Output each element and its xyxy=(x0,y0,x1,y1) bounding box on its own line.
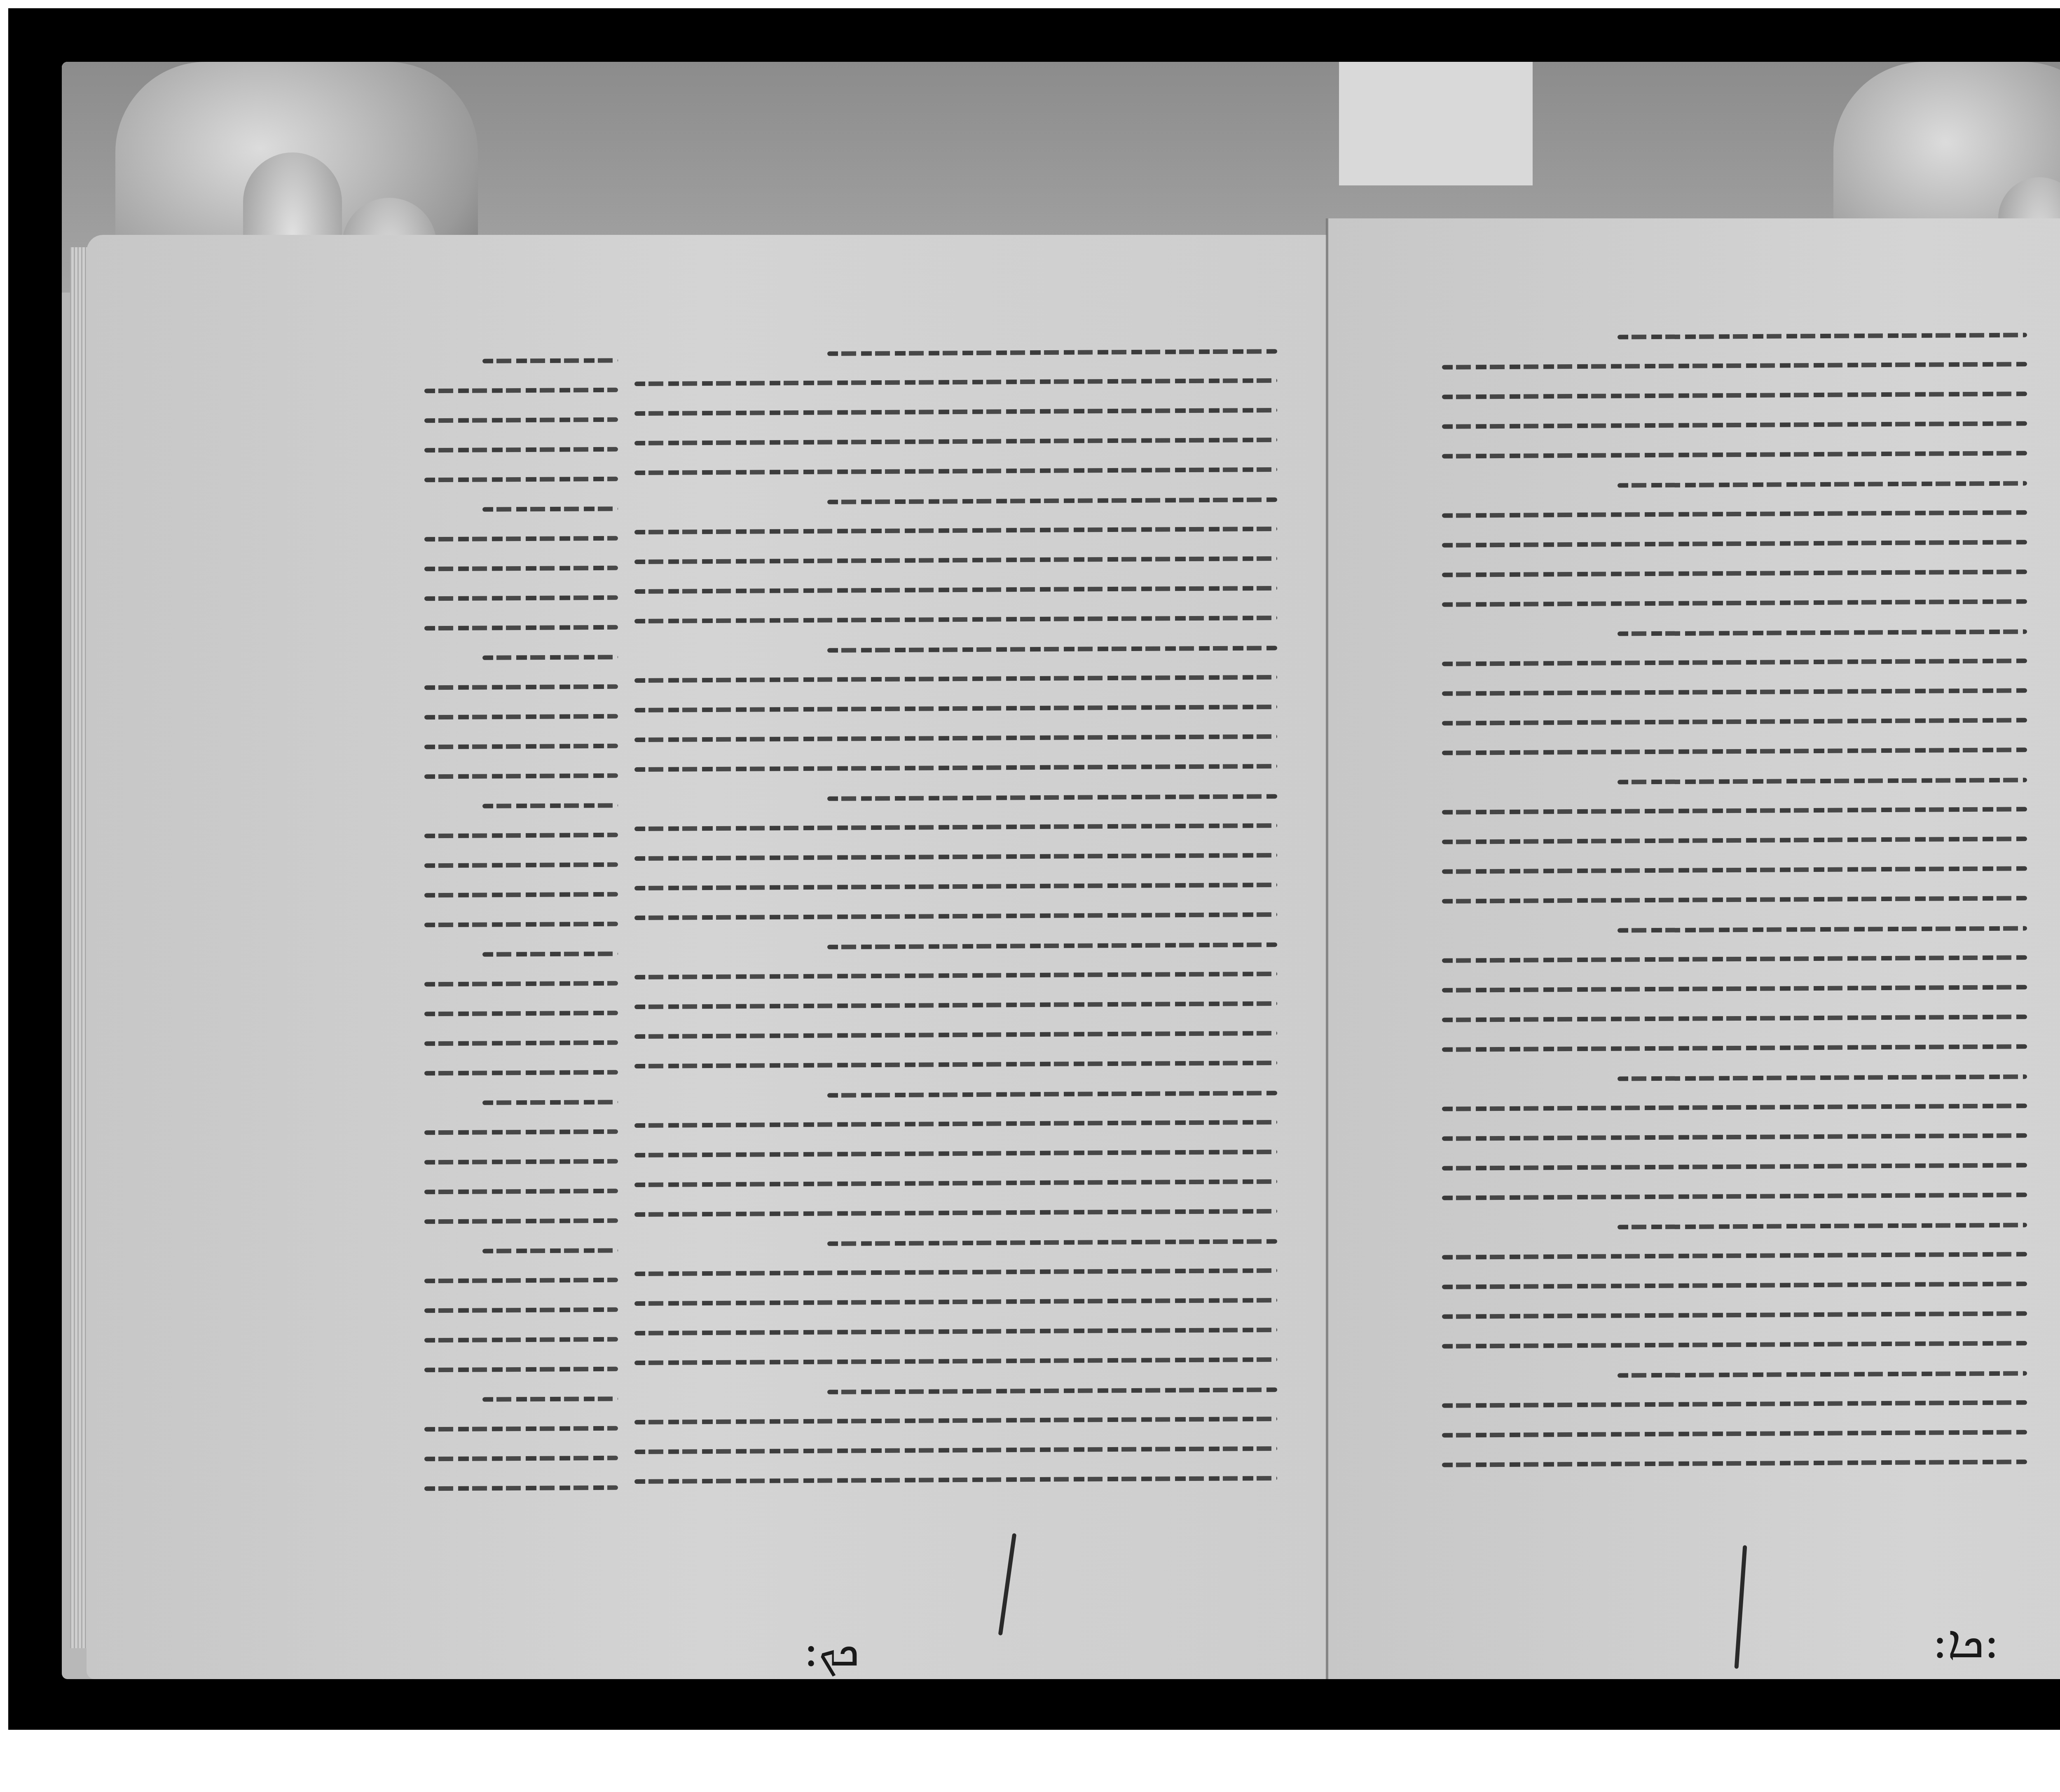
manuscript-text-line xyxy=(1442,688,2027,696)
manuscript-text-line xyxy=(1442,599,2027,607)
manuscript-text-line xyxy=(424,566,618,571)
manuscript-text-line xyxy=(1442,1430,2027,1437)
manuscript-text-line xyxy=(1618,778,2027,784)
manuscript-text-line xyxy=(1618,926,2027,932)
manuscript-text-line xyxy=(424,477,618,482)
manuscript-text-line xyxy=(424,1070,618,1075)
manuscript-text-line xyxy=(1442,985,2027,992)
right-page-wide-column xyxy=(1442,334,2027,1491)
manuscript-text-line xyxy=(634,1446,1277,1454)
manuscript-text-line xyxy=(424,388,618,393)
manuscript-text-line xyxy=(482,1100,618,1105)
manuscript-text-line xyxy=(424,1426,618,1431)
manuscript-text-line xyxy=(424,714,618,719)
manuscript-text-line xyxy=(1442,1044,2027,1052)
manuscript-text-line xyxy=(424,773,618,779)
manuscript-text-line xyxy=(1442,807,2027,814)
manuscript-text-line xyxy=(424,595,618,601)
manuscript-text-line xyxy=(1442,1281,2027,1289)
manuscript-text-line xyxy=(424,892,618,897)
manuscript-text-line xyxy=(634,972,1277,979)
manuscript-text-line xyxy=(482,358,618,363)
manuscript-text-line xyxy=(1618,481,2027,487)
manuscript-text-line xyxy=(634,734,1277,742)
manuscript-text-line xyxy=(424,1189,618,1194)
manuscript-text-line xyxy=(1442,1400,2027,1408)
manuscript-text-line xyxy=(424,1337,618,1342)
manuscript-text-line xyxy=(1442,955,2027,963)
manuscript-text-line xyxy=(634,1298,1277,1306)
manuscript-text-line xyxy=(1442,1252,2027,1259)
manuscript-text-line xyxy=(827,1091,1277,1098)
manuscript-text-line xyxy=(1442,1459,2027,1467)
manuscript-text-line xyxy=(1442,1133,2027,1141)
manuscript-text-line xyxy=(634,1209,1277,1217)
manuscript-text-line xyxy=(634,1179,1277,1187)
manuscript-text-line xyxy=(424,417,618,423)
manuscript-text-line xyxy=(634,1476,1277,1484)
manuscript-text-line xyxy=(1442,1163,2027,1170)
manuscript-text-line xyxy=(424,833,618,838)
manuscript-text-line xyxy=(1442,896,2027,903)
left-page-wide-column xyxy=(634,350,1277,1507)
manuscript-text-line xyxy=(827,1387,1277,1394)
manuscript-text-line xyxy=(634,1328,1277,1335)
manuscript-text-line xyxy=(634,1120,1277,1128)
manuscript-text-line xyxy=(424,1011,618,1016)
right-page-quire-mark: :ܟܐ: xyxy=(1932,1615,1999,1669)
manuscript-text-line xyxy=(1442,1014,2027,1022)
manuscript-text-line xyxy=(424,536,618,541)
manuscript-text-line xyxy=(424,922,618,927)
manuscript-text-line xyxy=(634,586,1277,594)
manuscript-text-line xyxy=(1442,362,2027,369)
manuscript-text-line xyxy=(424,744,618,749)
manuscript-text-line xyxy=(1442,569,2027,577)
manuscript-text-line xyxy=(634,912,1277,920)
manuscript-text-line xyxy=(482,951,618,957)
manuscript-text-line xyxy=(482,655,618,660)
manuscript-text-line xyxy=(634,764,1277,772)
manuscript-text-line xyxy=(424,447,618,452)
manuscript-text-line xyxy=(634,853,1277,861)
manuscript-text-line xyxy=(634,1150,1277,1157)
manuscript-text-line xyxy=(1618,1371,2027,1377)
left-page-quire-mark: ܟܟ: xyxy=(803,1623,859,1677)
manuscript-text-line xyxy=(634,705,1277,712)
left-page-narrow-column xyxy=(424,358,618,1516)
manuscript-text-line xyxy=(827,349,1277,356)
manuscript-text-line xyxy=(1442,1192,2027,1200)
manuscript-text-line xyxy=(1618,1223,2027,1229)
manuscript-text-line xyxy=(634,1417,1277,1424)
manuscript-text-line xyxy=(634,527,1277,534)
manuscript-text-line xyxy=(827,942,1277,949)
manuscript-text-line xyxy=(1442,540,2027,547)
manuscript-text-line xyxy=(827,497,1277,504)
manuscript-text-line xyxy=(482,1248,618,1253)
manuscript-text-line xyxy=(634,883,1277,890)
manuscript-text-line xyxy=(1442,451,2027,458)
manuscript-text-line xyxy=(482,1396,618,1402)
manuscript-text-line xyxy=(634,378,1277,386)
manuscript-text-line xyxy=(634,1061,1277,1068)
manuscript-text-line xyxy=(634,1268,1277,1276)
manuscript-text-line xyxy=(634,823,1277,831)
manuscript-text-line xyxy=(424,1218,618,1224)
manuscript-text-line xyxy=(1618,333,2027,339)
manuscript-text-line xyxy=(424,625,618,630)
manuscript-text-line xyxy=(1442,658,2027,666)
manuscript-text-line xyxy=(827,646,1277,653)
manuscript-text-line xyxy=(424,684,618,690)
manuscript-text-line xyxy=(634,1031,1277,1039)
manuscript-text-line xyxy=(1442,866,2027,874)
manuscript-text-line xyxy=(827,794,1277,801)
book-gutter xyxy=(1326,218,1328,1679)
manuscript-text-line xyxy=(1442,836,2027,844)
manuscript-text-line xyxy=(424,1040,618,1046)
manuscript-text-line xyxy=(482,803,618,808)
manuscript-text-line xyxy=(634,1357,1277,1365)
manuscript-text-line xyxy=(1442,1103,2027,1111)
manuscript-text-line xyxy=(1442,718,2027,725)
manuscript-text-line xyxy=(424,1307,618,1313)
manuscript-text-line xyxy=(1618,1074,2027,1081)
manuscript-text-line xyxy=(424,981,618,986)
manuscript-text-line xyxy=(634,467,1277,475)
manuscript-text-line xyxy=(424,1278,618,1283)
manuscript-text-line xyxy=(634,675,1277,683)
manuscript-text-line xyxy=(634,616,1277,623)
manuscript-text-line xyxy=(424,1485,618,1491)
manuscript-text-line xyxy=(482,506,618,512)
manuscript-text-line xyxy=(1442,1341,2027,1348)
manuscript-text-line xyxy=(634,438,1277,445)
manuscript-text-line xyxy=(424,862,618,868)
manuscript-text-line xyxy=(1442,391,2027,399)
manuscript-text-line xyxy=(424,1129,618,1135)
manuscript-photo: ܒܥܘ ܟܟ: :ܟܐ: xyxy=(62,62,2060,1679)
manuscript-text-line xyxy=(424,1456,618,1461)
manuscript-text-line xyxy=(1442,421,2027,429)
manuscript-text-line xyxy=(827,1239,1277,1246)
manuscript-text-line xyxy=(1442,1311,2027,1319)
manuscript-text-line xyxy=(634,556,1277,564)
paper-slip xyxy=(1339,62,1533,185)
manuscript-text-line xyxy=(424,1367,618,1372)
manuscript-text-line xyxy=(1442,510,2027,518)
manuscript-text-line xyxy=(424,1159,618,1164)
manuscript-text-line xyxy=(634,408,1277,416)
manuscript-text-line xyxy=(1442,747,2027,755)
manuscript-text-line xyxy=(634,1001,1277,1009)
manuscript-text-line xyxy=(1618,629,2027,636)
